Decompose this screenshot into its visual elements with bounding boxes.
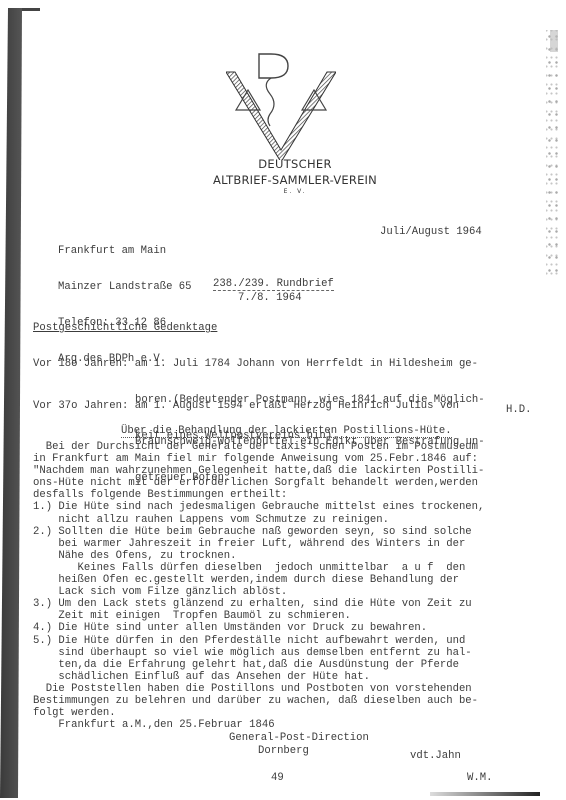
address-line: Frankfurt am Main [58,245,192,257]
scan-noise [546,30,560,280]
article-line: 3.) Um den Lack stets glänzend zu erhalt… [33,598,484,610]
article-line: "Nachdem man wahrzunehmen Gelegenheit ha… [33,465,484,477]
article-line: schädlichen Einfluß auf das Ansehen der … [33,671,484,683]
article-line: Frankfurt a.M.,den 25.Februar 1846 [33,719,484,731]
entry-label: Vor 37o Jahren: [33,400,128,412]
scan-smudge [550,30,558,52]
entry-text: am 1. August 1594 erläßt Herzog Heinrich… [135,400,459,412]
article-line: 2.) Sollten die Hüte beim Gebrauche naß … [33,526,484,538]
article-line: sind überhaupt so viel wie möglich aus d… [33,647,484,659]
article-line: bei warmer Jahreszeit in freier Luft, wä… [33,538,484,550]
article-line: in Frankfurt am Main fiel mir folgende A… [33,453,484,465]
article-line: Bei der Durchsicht der Generale der taxi… [33,441,484,453]
signatory: Dornberg [258,745,309,757]
article-line: heißen Ofen ec.gestellt werden,indem dur… [33,574,484,586]
commemorations-title: Postgeschichtliche Gedenktage [33,322,217,334]
authority: General-Post-Direction [229,732,369,744]
article-line: ten,da die Erfahrung gelehrt hat,daß die… [33,659,484,671]
article-line: 4.) Die Hüte sind unter allen Umständen … [33,622,484,634]
dasv-logo-icon [226,50,336,160]
address-line: Mainzer Landstraße 65 [58,281,192,293]
article-line: Die Poststellen haben die Postillons und… [33,683,484,695]
page-number: 49 [271,772,284,784]
org-name-line1: DEUTSCHER [180,157,410,171]
article-line: ons-Hüte nicht mit der erforderlichen So… [33,477,484,489]
article-line: 1.) Die Hüte sind nach jedesmaligen Gebr… [33,501,484,513]
org-legal-form: E. V. [180,188,410,195]
article-line: 5.) Die Hüte dürfen in den Pferdeställe … [33,635,484,647]
article-title: Über die Behandlung der lackierten Posti… [121,425,452,438]
circular-title-text: 238./239. Rundbrief [213,278,334,291]
issue-period: Juli/August 1964 [380,226,482,238]
article-line: folgt werden. [33,707,484,719]
article-line: nicht allzu rauhen Lappens vom Schmutze … [33,514,484,526]
closing-initials: W.M. [467,772,492,784]
entry-text: am 1. Juli 1784 Johann von Herrfeldt in … [135,358,478,370]
circular-date: 7./8. 1964 [238,292,302,304]
article-line: Lack sich vom Filze gänzlich ablöst. [33,586,484,598]
article-body: Bei der Durchsicht der Generale der taxi… [33,441,484,731]
circular-title: 238./239. Rundbrief [213,278,334,290]
commemorations-initials: H.D. [506,404,531,416]
article-line: Bestimmungen zu belehren und darüber zu … [33,695,484,707]
scan-edge-mark [22,8,40,11]
scan-bottom-mark [430,792,540,796]
article-line: Zeit mit einigen Tropfen Baumöl zu schmi… [33,610,484,622]
article-line: desfalls folgende Bestimmungen ertheilt: [33,489,484,501]
entry-label: Vor 18o Jahren: [33,358,128,370]
vdt-signature: vdt.Jahn [410,750,461,762]
article-line: Keines Falls dürfen dieselben jedoch unm… [33,562,484,574]
article-line: Nähe des Ofens, zu trocknen. [33,550,484,562]
org-name-line2: ALTBRIEF-SAMMLER-VEREIN [160,173,430,187]
